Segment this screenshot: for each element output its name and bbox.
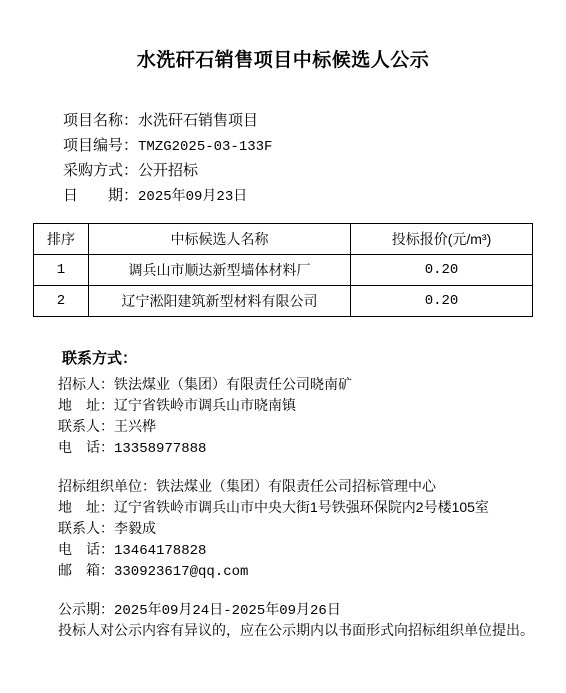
organizer-phone-value: 13464178828	[114, 543, 206, 559]
bidder-phone-line: 电 话：13358977888	[58, 437, 566, 458]
date-label: 日 期：	[63, 187, 138, 204]
organizer-address-label: 地 址：	[58, 499, 114, 515]
organizer-address-line: 地 址：辽宁省铁岭市调兵山市中央大街1号铁强环保院内2号楼105室	[58, 497, 566, 518]
bidder-value: 铁法煤业（集团）有限责任公司晓南矿	[114, 376, 352, 392]
header-rank: 排序	[34, 224, 89, 255]
candidate-name-cell: 调兵山市顺达新型墙体材料厂	[89, 255, 351, 286]
candidate-name-cell: 辽宁淞阳建筑新型材料有限公司	[89, 286, 351, 317]
table-row: 2 辽宁淞阳建筑新型材料有限公司 0.20	[34, 286, 533, 317]
date-line: 日 期：2025年09月23日	[63, 183, 566, 208]
organizer-phone-line: 电 话：13464178828	[58, 539, 566, 560]
bidder-contact-block: 招标人：铁法煤业（集团）有限责任公司晓南矿 地 址：辽宁省铁岭市调兵山市晓南镇 …	[58, 374, 566, 458]
organizer-phone-label: 电 话：	[58, 541, 114, 557]
organizer-contact-block: 招标组织单位：铁法煤业（集团）有限责任公司招标管理中心 地 址：辽宁省铁岭市调兵…	[58, 476, 566, 581]
bid-price-cell: 0.20	[351, 255, 533, 286]
organizer-email-line: 邮 箱：330923617@qq.com	[58, 560, 566, 581]
bid-price-cell: 0.20	[351, 286, 533, 317]
bidder-address-line: 地 址：辽宁省铁岭市调兵山市晓南镇	[58, 395, 566, 416]
header-bid-price: 投标报价(元/m³)	[351, 224, 533, 255]
organizer-email-label: 邮 箱：	[58, 562, 114, 578]
publicity-period-line: 公示期：2025年09月24日-2025年09月26日	[58, 599, 566, 620]
publicity-period-label: 公示期：	[58, 601, 114, 617]
bidder-contact-person-value: 王兴桦	[114, 418, 156, 434]
project-number-line: 项目编号：TMZG2025-03-133F	[63, 133, 566, 158]
project-name-line: 项目名称：水洗矸石销售项目	[63, 108, 566, 133]
contact-section: 联系方式： 招标人：铁法煤业（集团）有限责任公司晓南矿 地 址：辽宁省铁岭市调兵…	[58, 347, 566, 581]
project-number-value: TMZG2025-03-133F	[138, 139, 272, 155]
project-name-value: 水洗矸石销售项目	[138, 112, 258, 129]
header-candidate-name: 中标候选人名称	[89, 224, 351, 255]
organizer-contact-person-label: 联系人：	[58, 520, 114, 536]
procurement-method-label: 采购方式：	[63, 162, 138, 179]
footer-block: 公示期：2025年09月24日-2025年09月26日 投标人对公示内容有异议的…	[58, 599, 566, 641]
date-value: 2025年09月23日	[138, 189, 247, 205]
bidder-address-value: 辽宁省铁岭市调兵山市晓南镇	[114, 397, 296, 413]
bidder-phone-value: 13358977888	[114, 441, 206, 457]
bidder-address-label: 地 址：	[58, 397, 114, 413]
bidder-contact-person-label: 联系人：	[58, 418, 114, 434]
organizer-value: 铁法煤业（集团）有限责任公司招标管理中心	[156, 478, 436, 494]
procurement-method-line: 采购方式：公开招标	[63, 158, 566, 183]
organizer-address-value: 辽宁省铁岭市调兵山市中央大街1号铁强环保院内2号楼105室	[114, 499, 489, 515]
table-row: 1 调兵山市顺达新型墙体材料厂 0.20	[34, 255, 533, 286]
page-title: 水洗矸石销售项目中标候选人公示	[0, 45, 566, 72]
bidder-label: 招标人：	[58, 376, 114, 392]
procurement-method-value: 公开招标	[138, 162, 198, 179]
rank-cell: 2	[34, 286, 89, 317]
project-name-label: 项目名称：	[63, 112, 138, 129]
bidder-phone-label: 电 话：	[58, 439, 114, 455]
bidder-contact-person-line: 联系人：王兴桦	[58, 416, 566, 437]
publicity-period-value: 2025年09月24日-2025年09月26日	[114, 603, 341, 619]
organizer-contact-person-value: 李毅成	[114, 520, 156, 536]
objection-note: 投标人对公示内容有异议的，应在公示期内以书面形式向招标组织单位提出。	[58, 620, 566, 641]
organizer-email-value: 330923617@qq.com	[114, 564, 248, 580]
organizer-contact-person-line: 联系人：李毅成	[58, 518, 566, 539]
table-header-row: 排序 中标候选人名称 投标报价(元/m³)	[34, 224, 533, 255]
organizer-line: 招标组织单位：铁法煤业（集团）有限责任公司招标管理中心	[58, 476, 566, 497]
bid-candidates-table: 排序 中标候选人名称 投标报价(元/m³) 1 调兵山市顺达新型墙体材料厂 0.…	[33, 223, 533, 317]
contact-heading: 联系方式：	[62, 347, 566, 368]
bidder-line: 招标人：铁法煤业（集团）有限责任公司晓南矿	[58, 374, 566, 395]
rank-cell: 1	[34, 255, 89, 286]
organizer-label: 招标组织单位：	[58, 478, 156, 494]
project-number-label: 项目编号：	[63, 137, 138, 154]
project-info-block: 项目名称：水洗矸石销售项目 项目编号：TMZG2025-03-133F 采购方式…	[63, 108, 566, 208]
